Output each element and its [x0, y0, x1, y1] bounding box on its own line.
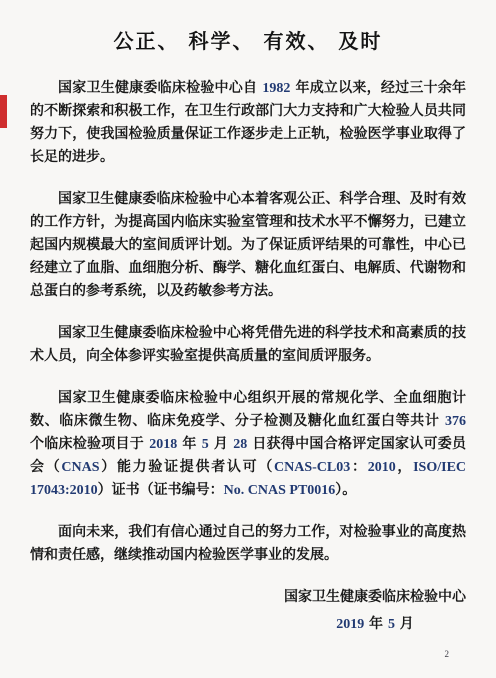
latin-numeral: 28 — [233, 437, 247, 452]
latin-numeral: 2010 — [368, 460, 396, 475]
latin-numeral: No. CNAS PT0016 — [224, 483, 336, 498]
latin-numeral: 2018 — [149, 437, 177, 452]
signature-date: 2019 年 5 月 — [284, 613, 466, 636]
paragraph: 国家卫生健康委临床检验中心本着客观公正、科学合理、及时有效的工作方针，为提高国内… — [30, 188, 466, 303]
document-body: 国家卫生健康委临床检验中心自 1982 年成立以来，经过三十余年的不断探索和积极… — [30, 77, 466, 567]
latin-numeral: 1982 — [262, 81, 290, 96]
latin-numeral: CNAS — [61, 460, 99, 475]
paragraph: 国家卫生健康委临床检验中心组织开展的常规化学、全血细胞计数、临床微生物、临床免疫… — [30, 387, 466, 502]
latin-numeral: CNAS-CL03 — [274, 460, 350, 475]
signature-block: 国家卫生健康委临床检验中心 2019 年 5 月 — [284, 586, 466, 636]
latin-numeral: 5 — [202, 437, 209, 452]
page-number: 2 — [445, 648, 450, 660]
document-page: 公正、 科学、 有效、 及时 国家卫生健康委临床检验中心自 1982 年成立以来… — [0, 0, 496, 678]
red-edge-marker — [0, 95, 7, 128]
paragraph: 面向未来，我们有信心通过自己的努力工作，对检验事业的高度热情和责任感，继续推动国… — [30, 521, 466, 567]
page-title: 公正、 科学、 有效、 及时 — [30, 28, 466, 54]
latin-numeral: 376 — [445, 414, 466, 429]
latin-numeral: 2019 — [336, 617, 364, 632]
latin-numeral: 5 — [388, 617, 395, 632]
paragraph: 国家卫生健康委临床检验中心将凭借先进的科学技术和高素质的技术人员，向全体参评实验… — [30, 322, 466, 368]
signature-org: 国家卫生健康委临床检验中心 — [284, 586, 466, 609]
paragraph: 国家卫生健康委临床检验中心自 1982 年成立以来，经过三十余年的不断探索和积极… — [30, 77, 466, 169]
